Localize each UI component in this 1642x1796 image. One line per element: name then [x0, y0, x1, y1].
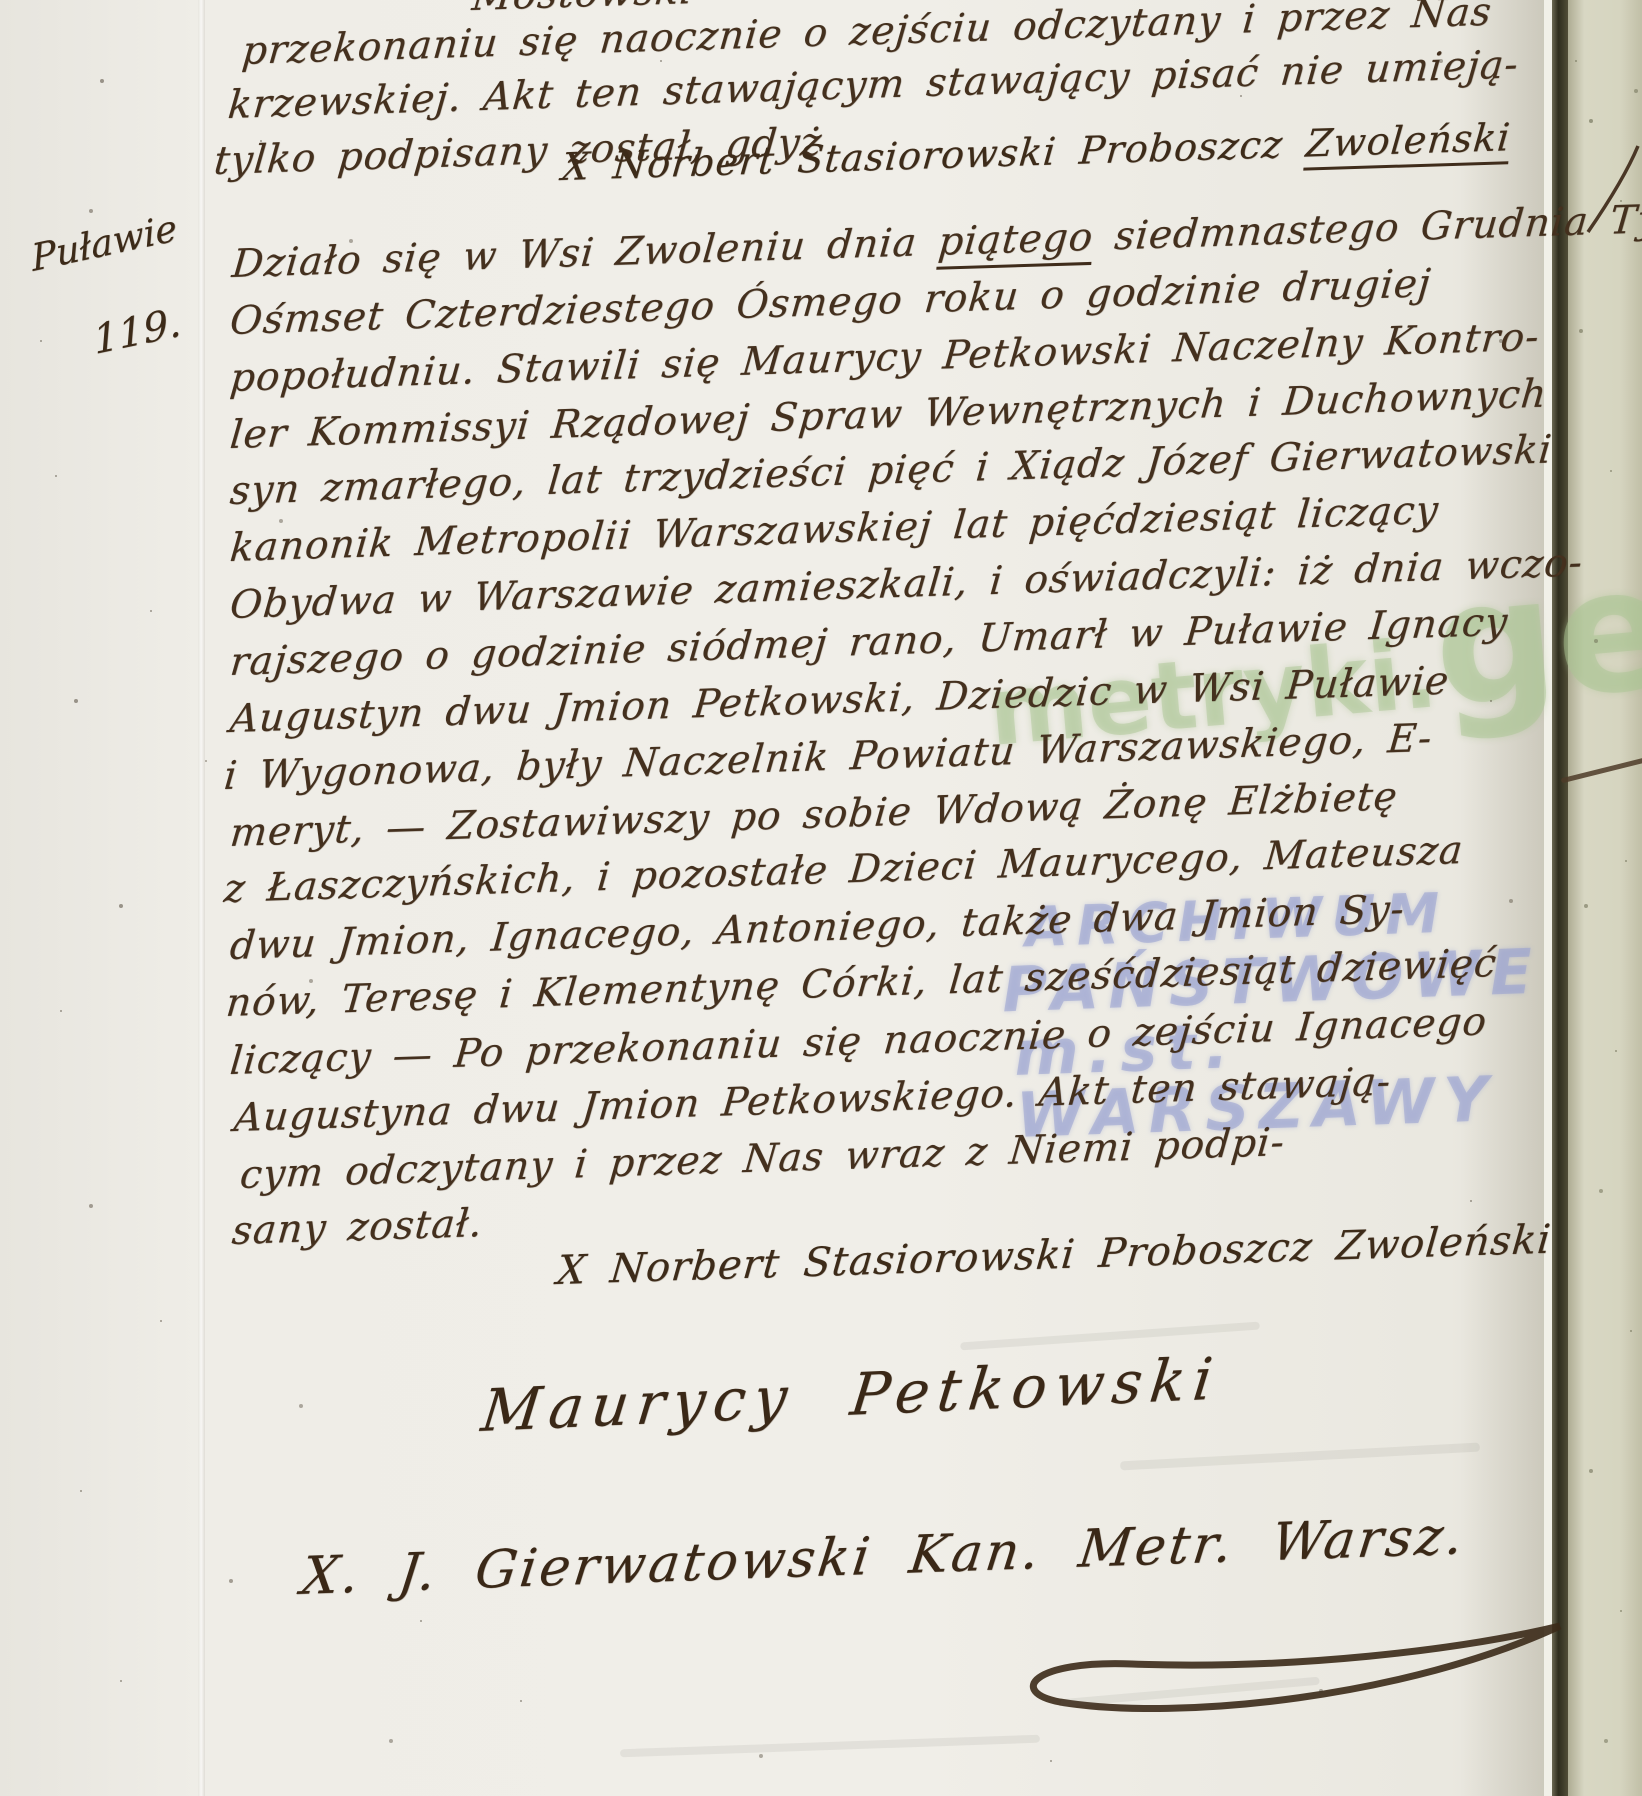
ink-showthrough	[620, 1735, 1040, 1758]
handwritten-line: sany został.	[230, 1202, 485, 1255]
page-edge-shade	[1460, 0, 1544, 1796]
stray-pen-stroke	[1580, 140, 1642, 240]
margin-place: Puławie	[30, 207, 179, 280]
priest-signature-bottom: X Norbert Stasiorowski Proboszcz Zwoleńs…	[555, 1217, 1553, 1294]
ink-showthrough	[1120, 1443, 1480, 1471]
scanned-register-page: metryki.gene ARCHIWUM PAŃSTWOWE m.st. WA…	[0, 0, 1642, 1796]
date-line-pre: Działo się w Wsi Zwoleniu dnia	[230, 220, 940, 287]
book-gutter	[1552, 0, 1568, 1796]
facing-page-edge	[1568, 0, 1642, 1796]
signature-maurycy-petkowski: Maurycy Petkowski	[478, 1345, 1224, 1444]
fold-crease	[198, 0, 205, 1796]
gutter-highlight	[1544, 0, 1552, 1796]
signature-flourish	[990, 1608, 1590, 1738]
signature-gierwatowski: X. J. Gierwatowski Kan. Metr. Warsz.	[298, 1507, 1469, 1608]
paper-specks-right	[0, 0, 2, 2]
priest-signature-parish-underlined: Zwoleński	[1304, 115, 1513, 171]
date-word-julian: piątego	[936, 215, 1095, 270]
margin-act-number: 119.	[91, 299, 183, 364]
